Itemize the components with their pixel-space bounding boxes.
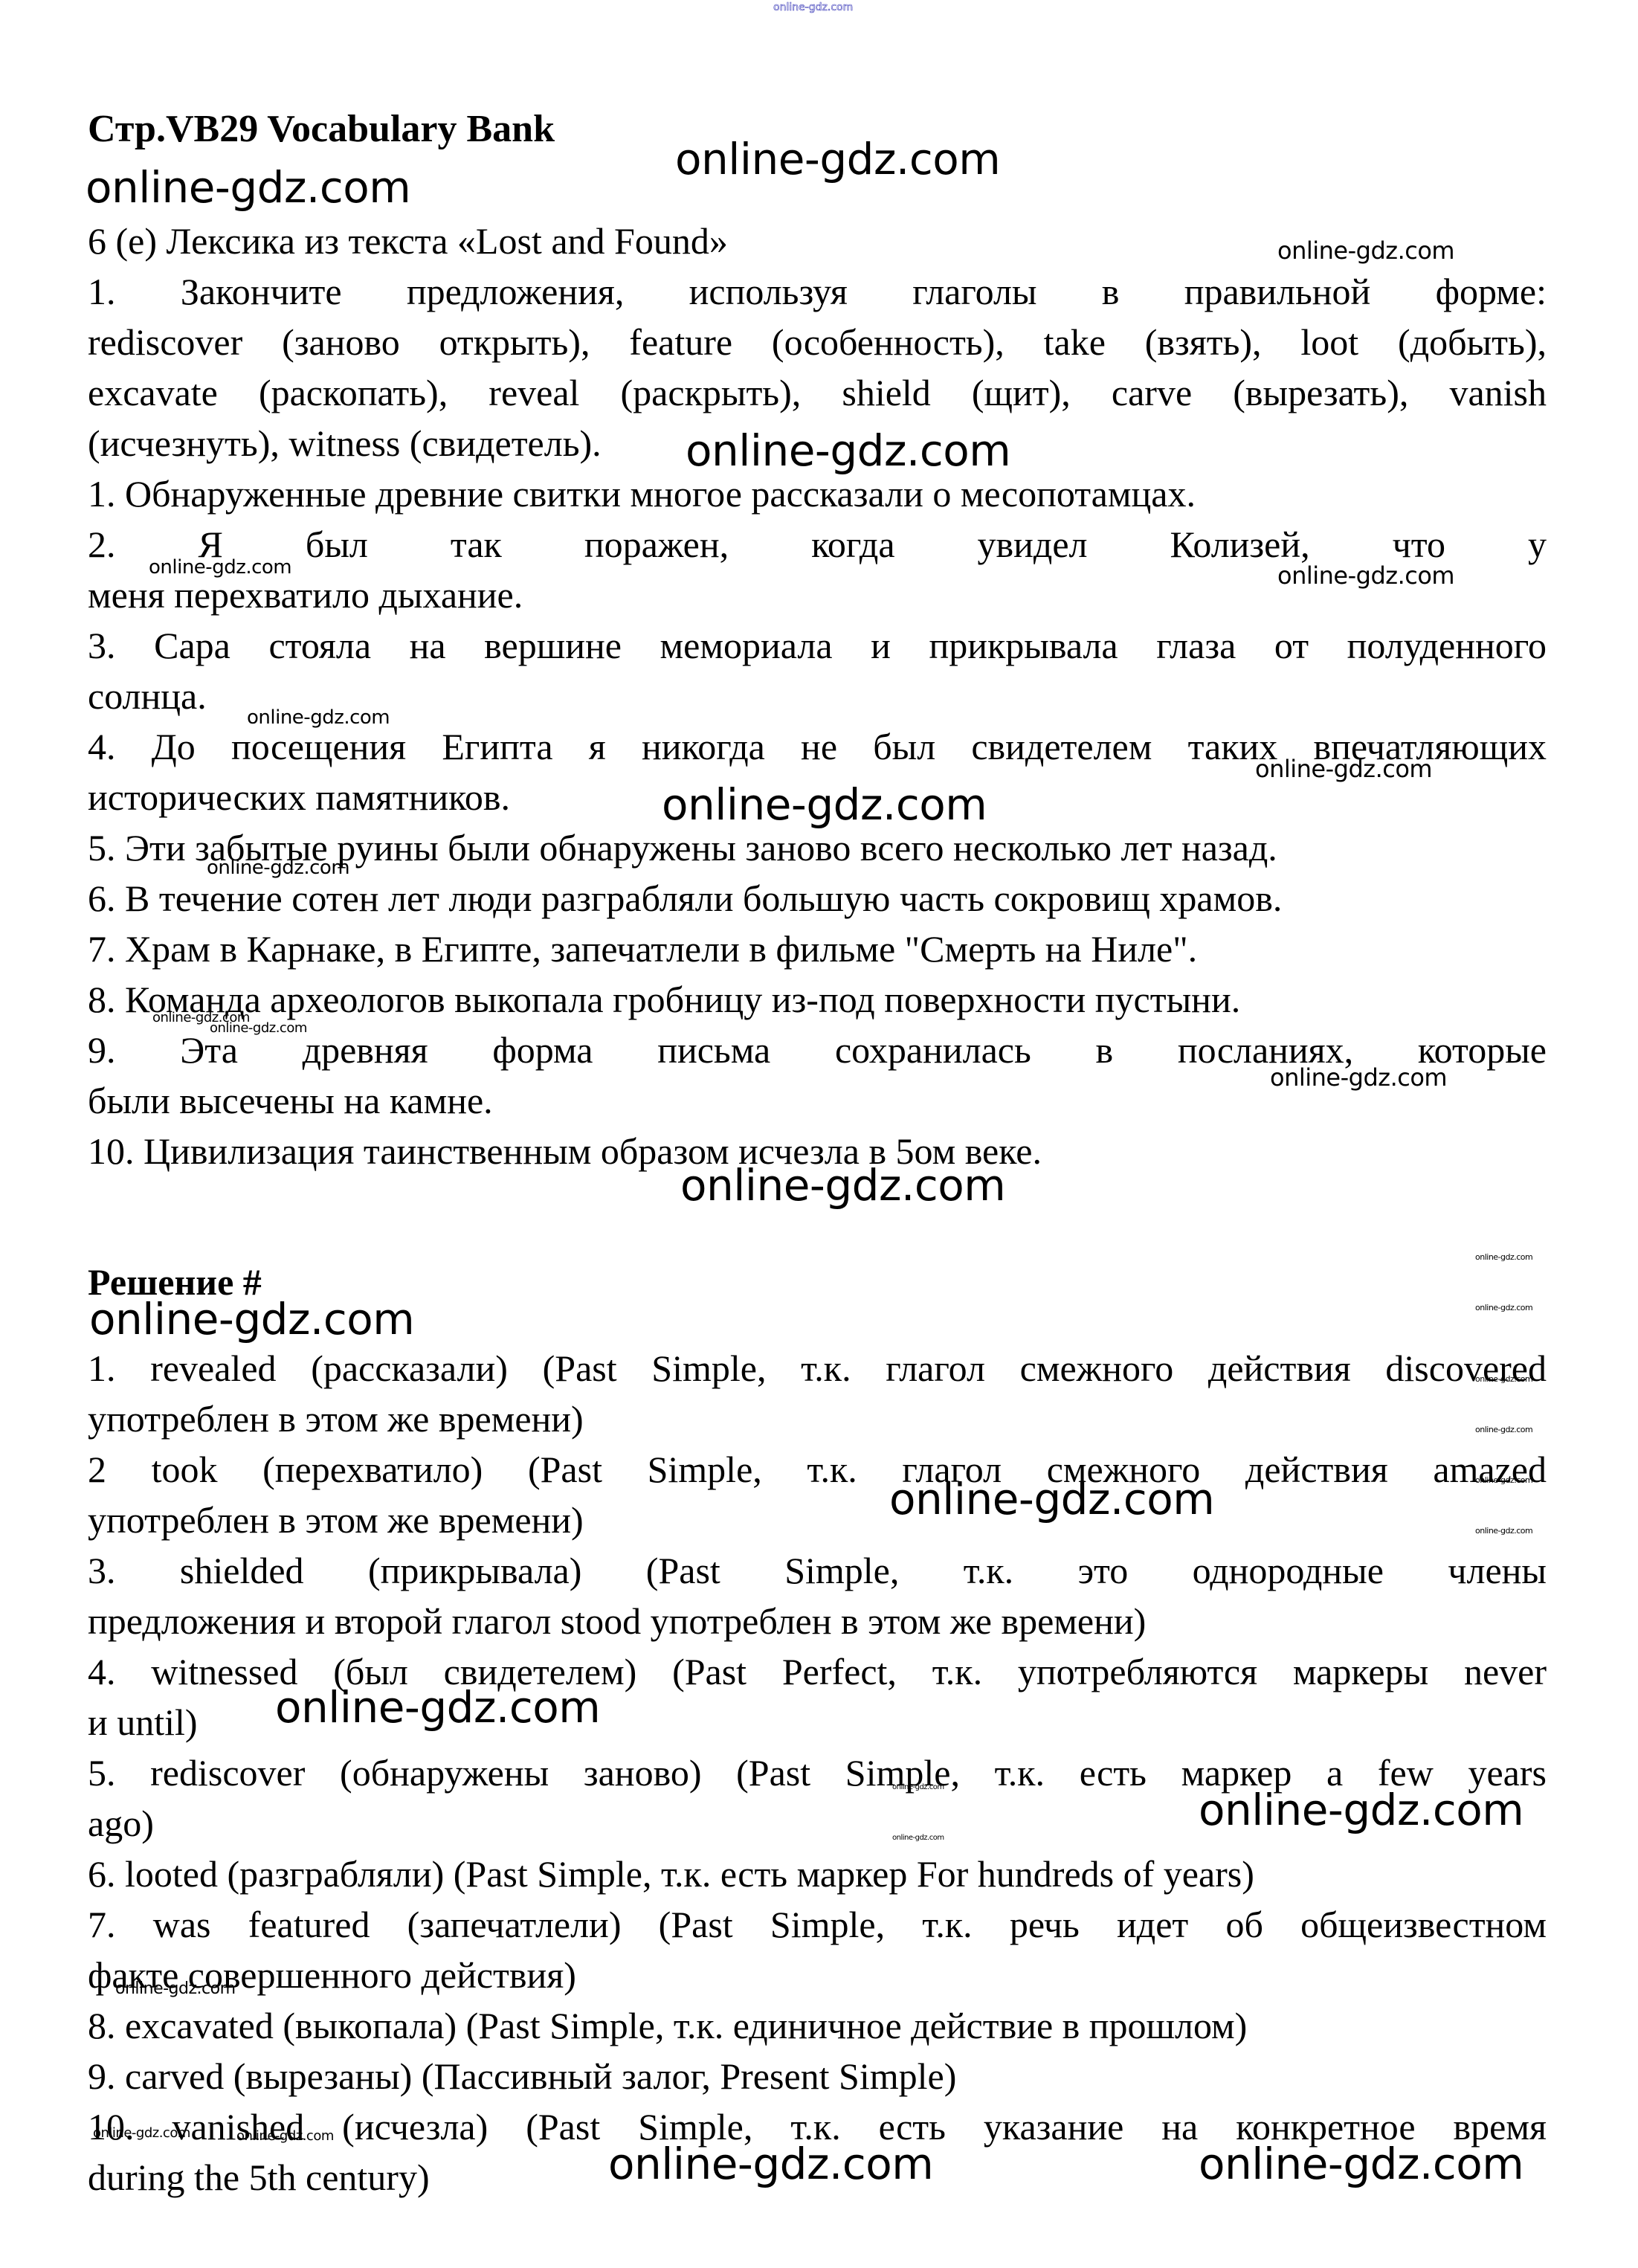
answer-1-cont: употреблен в этом же времени) <box>88 1394 1547 1444</box>
watermark: online-gdz.com <box>207 857 349 879</box>
watermark: online-gdz.com <box>675 134 1000 184</box>
sentence-6: 6. В течение сотен лет люди разграбляли … <box>88 873 1547 924</box>
answer-1: 1. revealed (рассказали) (Past Simple, т… <box>88 1343 1547 1394</box>
answer-2-cont: употреблен в этом же времени) <box>88 1495 1547 1545</box>
watermark: online-gdz.com <box>680 1160 1005 1211</box>
sentence-3: 3. Сара стояла на вершине мемориала и пр… <box>88 620 1547 671</box>
answer-9: 9. carved (вырезаны) (Пассивный залог, P… <box>88 2051 1547 2101</box>
watermark: online-gdz.com <box>608 2139 933 2189</box>
answer-7: 7. was featured (запечатлели) (Past Simp… <box>88 1899 1547 1950</box>
task-line: excavate (раскопать), reveal (раскрыть),… <box>88 367 1547 418</box>
watermark: online-gdz.com <box>1277 561 1454 590</box>
watermark: online-gdz.com <box>93 2125 190 2141</box>
answer-7-cont: факте совершенного действия) <box>88 1950 1547 2000</box>
watermark: online-gdz.com <box>1475 1374 1532 1384</box>
watermark: online-gdz.com <box>247 706 390 729</box>
watermark: online-gdz.com <box>149 556 291 579</box>
watermark: online-gdz.com <box>115 1979 236 1998</box>
answer-3: 3. shielded (прикрывала) (Past Simple, т… <box>88 1545 1547 1596</box>
watermark: online-gdz.com <box>1255 755 1432 783</box>
watermark: online-gdz.com <box>1475 1475 1532 1485</box>
watermark: online-gdz.com <box>686 425 1010 476</box>
watermark: online-gdz.com <box>89 1294 414 1344</box>
header-watermark: online-gdz.com <box>773 1 853 13</box>
watermark: online-gdz.com <box>236 2128 334 2144</box>
watermark: online-gdz.com <box>1199 1785 1523 1835</box>
answer-2: 2 took (перехватило) (Past Simple, т.к. … <box>88 1444 1547 1495</box>
sentence-7: 7. Храм в Карнаке, в Египте, запечатлели… <box>88 924 1547 974</box>
watermark: online-gdz.com <box>1475 1252 1532 1262</box>
watermark: online-gdz.com <box>1270 1063 1447 1092</box>
watermark: online-gdz.com <box>210 1020 307 1036</box>
watermark: online-gdz.com <box>86 162 410 213</box>
answer-3-cont: предложения и второй глагол stood употре… <box>88 1596 1547 1646</box>
answer-6: 6. looted (разграбляли) (Past Simple, т.… <box>88 1849 1547 1899</box>
watermark: online-gdz.com <box>1475 1526 1532 1536</box>
watermark: online-gdz.com <box>892 1834 944 1842</box>
watermark: online-gdz.com <box>892 1783 944 1791</box>
watermark: online-gdz.com <box>1277 236 1454 265</box>
watermark: online-gdz.com <box>1475 1425 1532 1434</box>
watermark: online-gdz.com <box>275 1682 600 1733</box>
task-line: rediscover (заново открыть), feature (ос… <box>88 317 1547 367</box>
answer-8: 8. excavated (выкопала) (Past Simple, т.… <box>88 2000 1547 2051</box>
watermark: online-gdz.com <box>1475 1303 1532 1312</box>
task-line: 1. Закончите предложения, используя глаг… <box>88 266 1547 317</box>
watermark: online-gdz.com <box>889 1474 1214 1524</box>
sentence-1: 1. Обнаруженные древние свитки многое ра… <box>88 468 1547 519</box>
watermark: online-gdz.com <box>1199 2139 1523 2189</box>
sentence-8: 8. Команда археологов выкопала гробницу … <box>88 974 1547 1025</box>
watermark: online-gdz.com <box>662 779 987 830</box>
